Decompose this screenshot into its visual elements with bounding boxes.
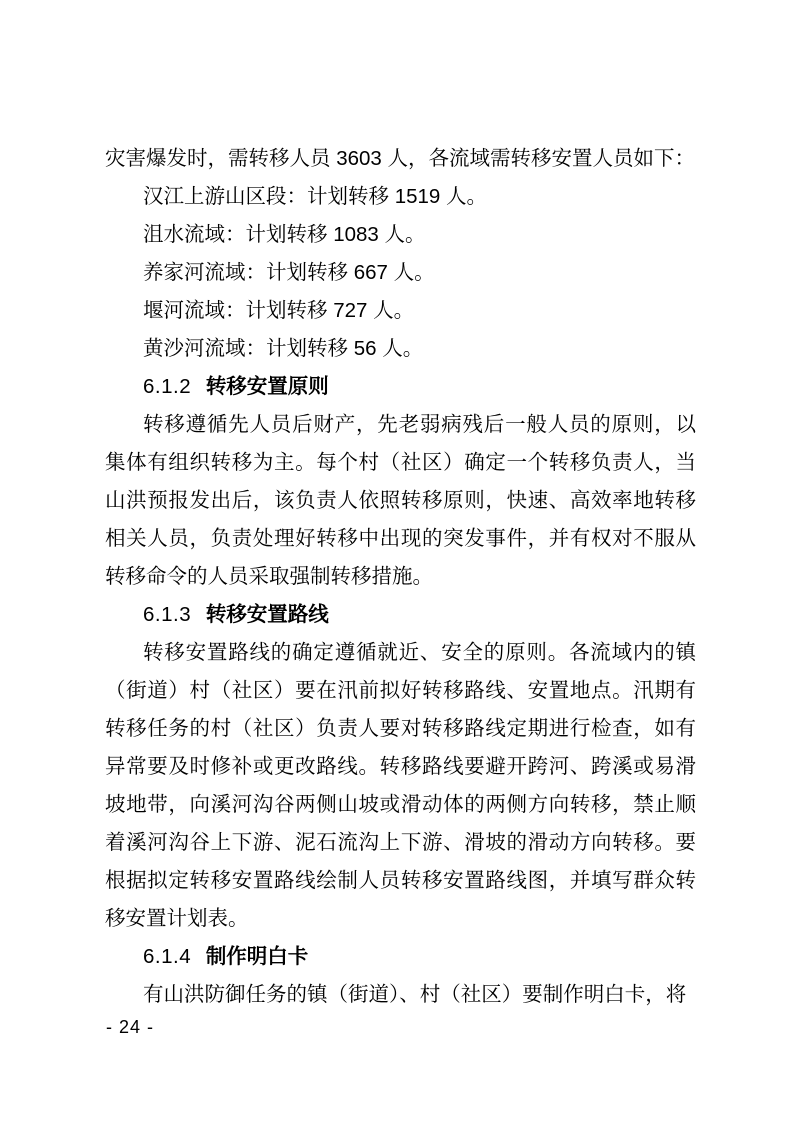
document-page: 灾害爆发时，需转移人员 3603 人，各流域需转移安置人员如下： 汉江上游山区段… — [0, 0, 793, 1122]
section-heading-6-1-3: 6.1.3 转移安置路线 — [105, 596, 696, 634]
section-number: 6.1.2 — [143, 375, 191, 398]
basin-line-jushui: 沮水流域：计划转移 1083 人。 — [105, 216, 696, 254]
section-heading-6-1-4: 6.1.4 制作明白卡 — [105, 938, 696, 976]
basin-line-huangshahe: 黄沙河流域：计划转移 56 人。 — [105, 330, 696, 368]
page-text-block: 灾害爆发时，需转移人员 3603 人，各流域需转移安置人员如下： 汉江上游山区段… — [105, 140, 696, 1014]
section-title: 制作明白卡 — [206, 945, 309, 968]
basin-line-yanhe: 堰河流域：计划转移 727 人。 — [105, 292, 696, 330]
section-body-6-1-4: 有山洪防御任务的镇（街道）、村（社区）要制作明白卡，将 — [105, 976, 696, 1014]
section-title: 转移安置原则 — [206, 375, 329, 398]
page-number: - 24 - — [106, 1016, 154, 1038]
section-heading-6-1-2: 6.1.2 转移安置原则 — [105, 368, 696, 406]
basin-line-hanjiang: 汉江上游山区段：计划转移 1519 人。 — [105, 178, 696, 216]
section-number: 6.1.4 — [143, 945, 191, 968]
intro-paragraph: 灾害爆发时，需转移人员 3603 人，各流域需转移安置人员如下： — [105, 140, 696, 178]
section-title: 转移安置路线 — [206, 603, 329, 626]
basin-line-yangjiahe: 养家河流域：计划转移 667 人。 — [105, 254, 696, 292]
section-body-6-1-2: 转移遵循先人员后财产，先老弱病残后一般人员的原则，以集体有组织转移为主。每个村（… — [105, 406, 696, 596]
section-number: 6.1.3 — [143, 603, 191, 626]
section-body-6-1-3: 转移安置路线的确定遵循就近、安全的原则。各流域内的镇（街道）村（社区）要在汛前拟… — [105, 634, 696, 938]
